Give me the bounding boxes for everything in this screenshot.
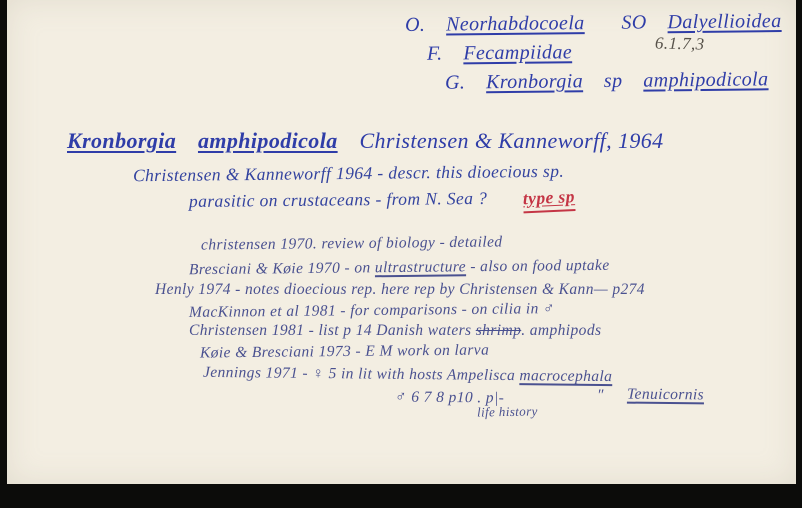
title-species: amphipodicola (198, 128, 338, 153)
summary-line-1: Christensen & Kanneworff 1964 - descr. t… (133, 161, 564, 187)
reference-text: Christensen 1981 - list p 14 Danish wate… (189, 322, 476, 339)
reference-text: . amphipods (521, 322, 601, 339)
index-card: O. Neorhabdocoela SO Dalyellioidea 6.1.7… (7, 0, 796, 484)
family-prefix: F. (427, 43, 443, 65)
genus-line: G. Kronborgia sp amphipodicola (445, 68, 769, 94)
order-line: O. Neorhabdocoela SO Dalyellioidea (405, 10, 782, 37)
summary-line-2-text: parasitic on crustaceans - from N. Sea ? (189, 188, 487, 211)
reference-text: - also on food uptake (466, 257, 610, 276)
reference-line: MacKinnon et al 1981 - for comparisons -… (189, 300, 555, 322)
genus-name: Kronborgia (486, 70, 583, 93)
scan-background: O. Neorhabdocoela SO Dalyellioidea 6.1.7… (0, 0, 802, 508)
order-name: Neorhabdocoela (446, 12, 585, 35)
card-title: Kronborgia amphipodicola Christensen & K… (67, 128, 664, 154)
reference-text: Bresciani & Køie 1970 - on (189, 259, 375, 278)
family-line: F. Fecampiidae (427, 41, 572, 66)
species-name: amphipodicola (643, 68, 768, 91)
life-history-note: life history (477, 403, 538, 420)
reference-line: Henly 1974 - notes dioecious rep. here r… (155, 281, 645, 299)
reference-underlined-word: ultrastructure (375, 258, 466, 276)
reference-struck-word: shrimp (476, 322, 521, 339)
species-connector: sp (604, 70, 623, 92)
reference-line: Køie & Bresciani 1973 - E M work on larv… (200, 341, 489, 362)
reference-line: christensen 1970. review of biology - de… (201, 233, 503, 254)
index-code: 6.1.7,3 (655, 33, 705, 54)
reference-line: Christensen 1981 - list p 14 Danish wate… (189, 322, 601, 340)
host-species-underlined: macrocephala (519, 367, 612, 385)
suborder-prefix: SO (621, 11, 646, 33)
family-name: Fecampiidae (463, 41, 572, 64)
type-species-mark: type sp (522, 186, 575, 213)
genus-prefix: G. (445, 71, 465, 93)
reference-text: Jennings 1971 - ♀ 5 in lit with hosts Am… (203, 364, 520, 384)
host-species-2-name: Tenuicornis (627, 386, 704, 404)
suborder-name: Dalyellioidea (667, 10, 781, 33)
summary-line-2: parasitic on crustaceans - from N. Sea ?… (189, 187, 575, 216)
reference-line: Bresciani & Køie 1970 - on ultrastructur… (189, 257, 610, 279)
title-genus: Kronborgia (67, 128, 176, 153)
title-authority: Christensen & Kanneworff, 1964 (359, 128, 663, 153)
order-prefix: O. (405, 14, 425, 36)
ditto-mark: ″ (597, 387, 604, 405)
host-species-2: Tenuicornis (627, 386, 704, 405)
reference-line: Jennings 1971 - ♀ 5 in lit with hosts Am… (203, 364, 612, 386)
